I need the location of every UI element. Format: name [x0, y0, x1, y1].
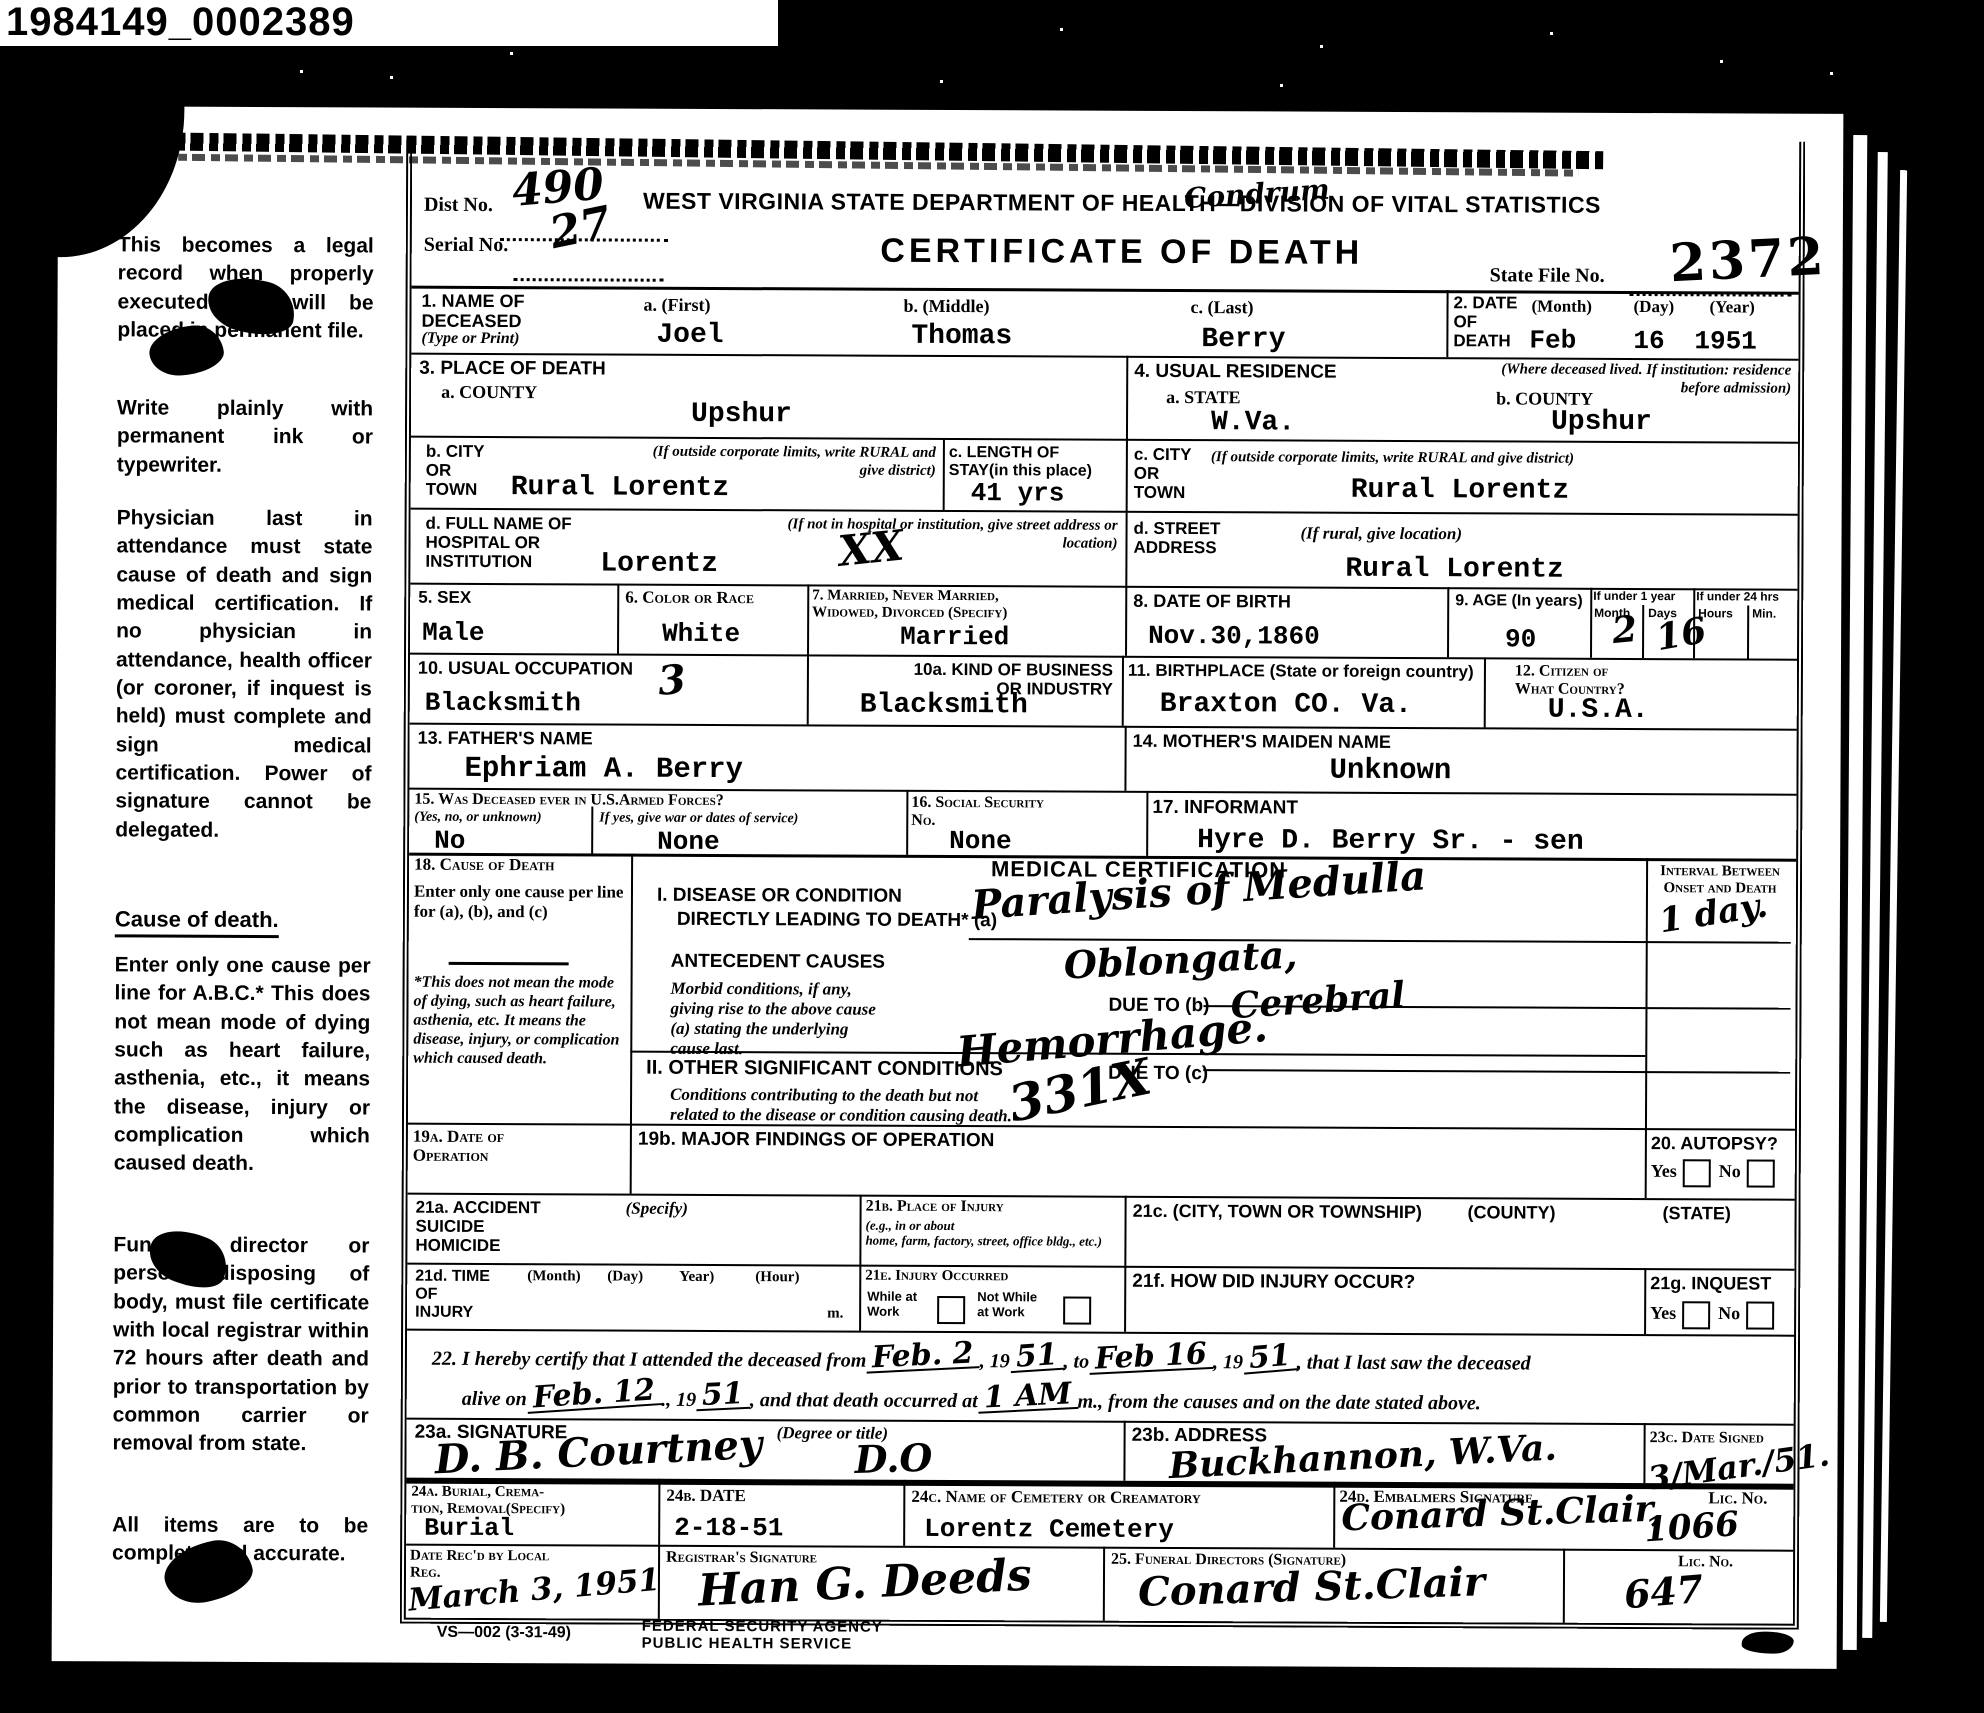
occupation-code-handwritten: 3: [656, 656, 688, 705]
time-of-injury-label: 21d. TIME OF INJURY: [415, 1268, 490, 1322]
place-of-injury-label: 21b. Place of Injury: [866, 1198, 1004, 1216]
field-1-label: 1. NAME OF DECEASED: [421, 291, 524, 332]
informant-value: Hyre D. Berry Sr. - sen: [1197, 825, 1584, 858]
divider-line: [411, 353, 1798, 361]
death-month-label: (Month): [1531, 297, 1592, 317]
funeral-director-signature-handwritten: Conard St.Clair: [1137, 1558, 1485, 1616]
residence-county-value: Upshur: [1551, 407, 1652, 438]
divider-line: [1124, 1266, 1126, 1332]
field-4-label: 4. USUAL RESIDENCE: [1134, 361, 1336, 383]
under-24-hrs-label: If under 24 hrs: [1696, 590, 1779, 604]
ssn-label: 16. Social Security No.: [911, 794, 1044, 830]
stamp-mark: [1742, 1631, 1794, 1653]
divider-line: [407, 1418, 1794, 1426]
major-findings-label: 19b. MAJOR FINDINGS OF OPERATION: [638, 1129, 995, 1152]
divider-line: [449, 962, 569, 966]
divider-line: [408, 1193, 1795, 1201]
serial-no-ruled-line: [514, 278, 664, 282]
father-name-value: Ephriam A. Berry: [464, 752, 743, 786]
age-value: 90: [1505, 624, 1536, 654]
minutes-label: Min.: [1752, 608, 1776, 622]
autopsy-no-label: No: [1719, 1161, 1741, 1181]
place-of-injury-note: (e.g., in or about home, farm, factory, …: [865, 1218, 1115, 1250]
death-city-value: Rural Lorentz: [511, 472, 730, 504]
death-month-value: Feb: [1529, 326, 1576, 356]
cemetery-value: Lorentz Cemetery: [924, 1514, 1174, 1545]
certify-text: , that I last saw the deceased: [1297, 1352, 1531, 1375]
sex-label: 5. SEX: [418, 588, 471, 607]
last-name-value: Berry: [1201, 324, 1285, 355]
scan-noise-speckles: [300, 70, 303, 73]
state-file-number-stamp: 2372: [1668, 226, 1827, 294]
certify-statement-line1: 22. I hereby certify that I attended the…: [432, 1342, 1531, 1376]
divider-line: [1124, 1196, 1126, 1266]
injury-state-label: (STATE): [1663, 1203, 1731, 1223]
divider-line: [658, 1479, 660, 1545]
divider-line: [407, 1329, 1794, 1337]
cause-of-death-label: 18. Cause of Death: [414, 856, 554, 875]
divider-line: [1642, 605, 1644, 658]
divider-line: [943, 438, 945, 510]
burial-value: Burial: [424, 1514, 514, 1543]
divider-line: [617, 584, 619, 654]
accident-specify-note: (Specify): [626, 1199, 688, 1219]
certify-text: , 19: [1213, 1351, 1243, 1373]
death-day-value: 16: [1633, 326, 1664, 356]
attended-to-date-handwritten: Feb 16: [1088, 1340, 1213, 1375]
not-while-at-work-checkbox: [1063, 1297, 1091, 1325]
divider-line: [1124, 726, 1126, 791]
ssn-value: None: [949, 826, 1012, 856]
death-time-handwritten: 1 AM: [977, 1380, 1078, 1414]
marital-status-label: 7. Married, Never Married, Widowed, Divo…: [812, 587, 1007, 621]
injury-occurred-label: 21e. Injury Occurred: [865, 1268, 1008, 1285]
injury-m-label: m.: [827, 1305, 843, 1322]
armed-forces-war-value: None: [657, 827, 720, 857]
divider-line: [1645, 1128, 1647, 1198]
field-2-label: 2. DATE OF DEATH: [1453, 293, 1517, 350]
residence-city-note: (If outside corporate limits, write RURA…: [1211, 449, 1786, 469]
divider-line: [1123, 1421, 1125, 1481]
inquest-options: YesNo: [1650, 1301, 1782, 1330]
scanned-death-certificate: 1984149_0002389 This becomes a legal rec…: [0, 0, 1984, 1713]
divider-line: [1643, 1423, 1645, 1483]
date-signed-label: 23c. Date Signed: [1650, 1429, 1764, 1447]
certify-text: 22. I hereby certify that I attended the…: [432, 1348, 866, 1372]
divider-line: [406, 1544, 1793, 1552]
death-day-label: (Day): [1633, 297, 1674, 317]
last-seen-year-handwritten: 51: [695, 1380, 750, 1412]
inquest-yes-checkbox: [1682, 1301, 1710, 1329]
burial-date-value: 2-18-51: [674, 1513, 783, 1543]
citizen-value: U.S.A.: [1548, 695, 1649, 726]
while-at-work-checkbox: [937, 1296, 965, 1324]
divider-line: [630, 1124, 632, 1194]
street-address-note: (If rural, give location): [1301, 524, 1463, 545]
attended-from-date-handwritten: Feb. 2: [866, 1339, 981, 1373]
street-address-value: Rural Lorentz: [1345, 554, 1564, 586]
disease-condition-label2: DIRECTLY LEADING TO DEATH* (a): [677, 909, 997, 932]
cause-c-ruled-line: [1203, 1069, 1790, 1074]
birthplace-value: Braxton CO. Va.: [1160, 689, 1412, 721]
death-year-value: 1951: [1694, 326, 1757, 356]
inquest-label: 21g. INQUEST: [1650, 1273, 1771, 1294]
certificate-paper: This becomes a legal record when properl…: [52, 106, 1844, 1669]
sidebar-note-one-cause: Enter only one cause per line for A.B.C.…: [114, 951, 371, 1179]
divider-line: [859, 1265, 861, 1331]
scan-id-label: 1984149_0002389: [6, 0, 355, 45]
armed-forces-yes-no-note: (Yes, no, or unknown): [414, 810, 541, 827]
while-at-work-label: While at Work: [867, 1290, 917, 1319]
department-title: WEST VIRGINIA STATE DEPARTMENT OF HEALTH…: [552, 188, 1692, 219]
sidebar-heading-cause-of-death: Cause of death.: [115, 906, 279, 938]
divider-line: [1563, 1549, 1565, 1623]
disease-condition-label: I. DISEASE OR CONDITION: [657, 885, 902, 907]
length-of-stay-value: 41 yrs: [971, 478, 1065, 508]
certify-text: m., from the causes and on the date stat…: [1077, 1391, 1480, 1415]
divider-line: [859, 1195, 861, 1265]
first-name-value: Joel: [656, 320, 723, 351]
divider-line: [1446, 290, 1448, 357]
field-4-note: (Where deceased lived. If institution: r…: [1396, 361, 1791, 398]
cause-of-death-rule2: *This does not mean the mode of dying, s…: [413, 974, 627, 1069]
embalmer-lic-handwritten: 1066: [1643, 1504, 1740, 1550]
autopsy-yes-checkbox: [1683, 1159, 1711, 1187]
divider-line: [1122, 656, 1124, 726]
hospital-note: (If not in hospital or institution, give…: [745, 516, 1117, 553]
hospital-label: d. FULL NAME OF HOSPITAL OR INSTITUTION: [425, 514, 571, 572]
divider-line: [591, 806, 593, 853]
citizen-label: 12. Citizen of What Country?: [1515, 662, 1625, 698]
injury-hour-label: (Hour): [755, 1269, 799, 1286]
injury-month-label: (Month): [527, 1268, 580, 1285]
injury-county-label: (COUNTY): [1468, 1202, 1556, 1223]
certify-statement-line2: alive onFeb. 12., 1951, and that death o…: [462, 1382, 1481, 1415]
other-conditions-note: Conditions contributing to the death but…: [670, 1085, 1012, 1127]
under-1-year-label: If under 1 year: [1593, 590, 1675, 604]
certificate-form: Dist No. 490 Serial No. 27 WEST VIRGINIA…: [400, 136, 1805, 1630]
last-name-label: c. (Last): [1190, 297, 1253, 318]
certify-text: , 19: [980, 1350, 1010, 1372]
divider-line: [1146, 791, 1148, 856]
divider-line: [807, 584, 809, 654]
occupation-value: Blacksmith: [425, 688, 581, 719]
race-value: White: [662, 619, 740, 649]
father-name-label: 13. FATHER'S NAME: [418, 728, 593, 749]
certify-text: , and that death occurred at: [750, 1389, 978, 1412]
divider-line: [1103, 1547, 1105, 1621]
date-of-birth-value: Nov.30,1860: [1148, 621, 1320, 652]
residence-city-label: c. CITY OR TOWN: [1134, 445, 1192, 502]
autopsy-options: YesNo: [1651, 1159, 1783, 1188]
marital-status-value: Married: [900, 622, 1009, 652]
residence-state-value: W.Va.: [1211, 407, 1295, 438]
birthplace-label: 11. BIRTHPLACE (State or foreign country…: [1128, 661, 1474, 682]
certify-text: , to: [1063, 1351, 1089, 1373]
divider-line: [1333, 1482, 1335, 1548]
sidebar-note-write-plainly: Write plainly with permanent ink or type…: [117, 394, 373, 480]
attended-from-year-handwritten: 51: [1009, 1341, 1065, 1373]
death-county-value: Upshur: [691, 399, 792, 430]
divider-line: [906, 790, 908, 855]
cemetery-label: 24c. Name of Cemetery or Creamatory: [911, 1488, 1200, 1508]
autopsy-label: 20. AUTOPSY?: [1651, 1133, 1778, 1154]
divider-line: [1125, 586, 1127, 656]
months-handwritten-value: 2: [1610, 608, 1639, 652]
cause-of-death-rule1: Enter only one cause per line for (a), (…: [414, 882, 626, 923]
divider-line: [1644, 1268, 1646, 1334]
armed-forces-value: No: [434, 826, 465, 856]
length-of-stay-label: c. LENGTH OF STAY(in this place): [949, 444, 1092, 480]
burial-label: 24a. Burial, Crema- tion, Removal(Specif…: [411, 1484, 565, 1518]
divider-line: [1645, 858, 1648, 1128]
occupation-label: 10. USUAL OCCUPATION: [418, 658, 633, 679]
death-city-label: b. CITY OR TOWN: [426, 442, 485, 499]
divider-line: [411, 508, 1798, 516]
divider-line: [408, 1123, 1795, 1131]
divider-line: [807, 654, 809, 724]
death-county-label: a. COUNTY: [441, 382, 537, 403]
mother-name-label: 14. MOTHER'S MAIDEN NAME: [1133, 731, 1391, 752]
divider-line: [1590, 588, 1592, 658]
injury-city-label: 21c. (CITY, TOWN OR TOWNSHIP): [1133, 1201, 1422, 1222]
accident-suicide-homicide-label: 21a. ACCIDENT SUICIDE HOMICIDE: [415, 1198, 540, 1256]
inquest-no-label: No: [1718, 1303, 1740, 1323]
business-kind-value: Blacksmith: [860, 690, 1028, 722]
sidebar-note-funeral-director: Funeral director or person disposing of …: [113, 1231, 370, 1459]
armed-forces-war-note: If yes, give war or dates of service): [599, 810, 798, 827]
street-address-label: d. STREET ADDRESS: [1133, 519, 1220, 557]
hospital-handwritten-marks: XX: [836, 521, 906, 576]
autopsy-yes-label: Yes: [1651, 1161, 1677, 1181]
divider-line: [1747, 605, 1749, 658]
race-label: 6. Color or Race: [625, 589, 754, 608]
serial-no-label: Serial No.: [424, 234, 509, 257]
how-injury-occur-label: 21f. HOW DID INJURY OCCUR?: [1132, 1271, 1415, 1294]
autopsy-no-checkbox: [1747, 1159, 1775, 1187]
sidebar-note-physician: Physician last in attendance must state …: [115, 504, 372, 845]
embalmer-signature-handwritten: Conard St.Clair,: [1341, 1488, 1664, 1540]
scan-id-strip: 1984149_0002389: [0, 0, 778, 46]
other-conditions-label: II. OTHER SIGNIFICANT CONDITIONS: [646, 1057, 1003, 1081]
injury-day-label: (Day): [607, 1269, 643, 1286]
form-number: VS—002 (3-31-49): [437, 1624, 571, 1642]
date-of-birth-label: 8. DATE OF BIRTH: [1133, 591, 1291, 612]
agency-name: FEDERAL SECURITY AGENCY PUBLIC HEALTH SE…: [642, 1619, 883, 1654]
residence-city-value: Rural Lorentz: [1351, 475, 1570, 507]
field-3-label: 3. PLACE OF DEATH: [419, 358, 606, 380]
degree-handwritten: D.O: [854, 1435, 933, 1482]
antecedent-causes-label: ANTECEDENT CAUSES: [671, 951, 885, 973]
divider-line: [630, 854, 633, 1124]
age-label: 9. AGE (In years): [1455, 592, 1583, 610]
divider-line: [1447, 587, 1449, 657]
informant-label: 17. INFORMANT: [1152, 797, 1298, 819]
dist-no-label: Dist No.: [424, 194, 493, 217]
divider-line: [1125, 356, 1128, 586]
certify-text: alive on: [462, 1388, 527, 1410]
sex-value: Male: [422, 618, 485, 648]
armed-forces-label: 15. Was Deceased ever in U.S.Armed Force…: [414, 791, 723, 810]
inquest-yes-label: Yes: [1650, 1303, 1676, 1323]
field-1-type-note: (Type or Print): [421, 330, 519, 349]
injury-year-label: Year): [679, 1269, 714, 1286]
inquest-no-checkbox: [1746, 1301, 1774, 1329]
last-seen-date-handwritten: Feb. 12: [526, 1376, 662, 1414]
burial-date-label: 24b. DATE: [666, 1487, 746, 1506]
hours-label: Hours: [1698, 607, 1733, 621]
divider-line: [903, 1480, 905, 1546]
state-file-label: State File No.: [1490, 264, 1605, 288]
date-of-operation-label: 19a. Date of Operation: [413, 1128, 504, 1166]
death-year-label: (Year): [1709, 297, 1754, 317]
middle-name-label: b. (Middle): [903, 296, 989, 317]
mother-name-value: Unknown: [1329, 754, 1451, 788]
not-while-at-work-label: Not While at Work: [977, 1290, 1037, 1319]
funeral-director-lic-handwritten: 647: [1622, 1566, 1705, 1617]
antecedent-causes-note: Morbid conditions, if any, giving rise t…: [670, 979, 876, 1060]
first-name-label: a. (First): [643, 295, 710, 316]
certify-text: ., 19: [661, 1389, 696, 1411]
divider-line: [1484, 657, 1486, 727]
middle-name-value: Thomas: [911, 321, 1012, 352]
attended-to-year-handwritten: 51: [1242, 1341, 1298, 1374]
residence-state-label: a. STATE: [1166, 387, 1240, 408]
hospital-value: Lorentz: [600, 548, 718, 580]
